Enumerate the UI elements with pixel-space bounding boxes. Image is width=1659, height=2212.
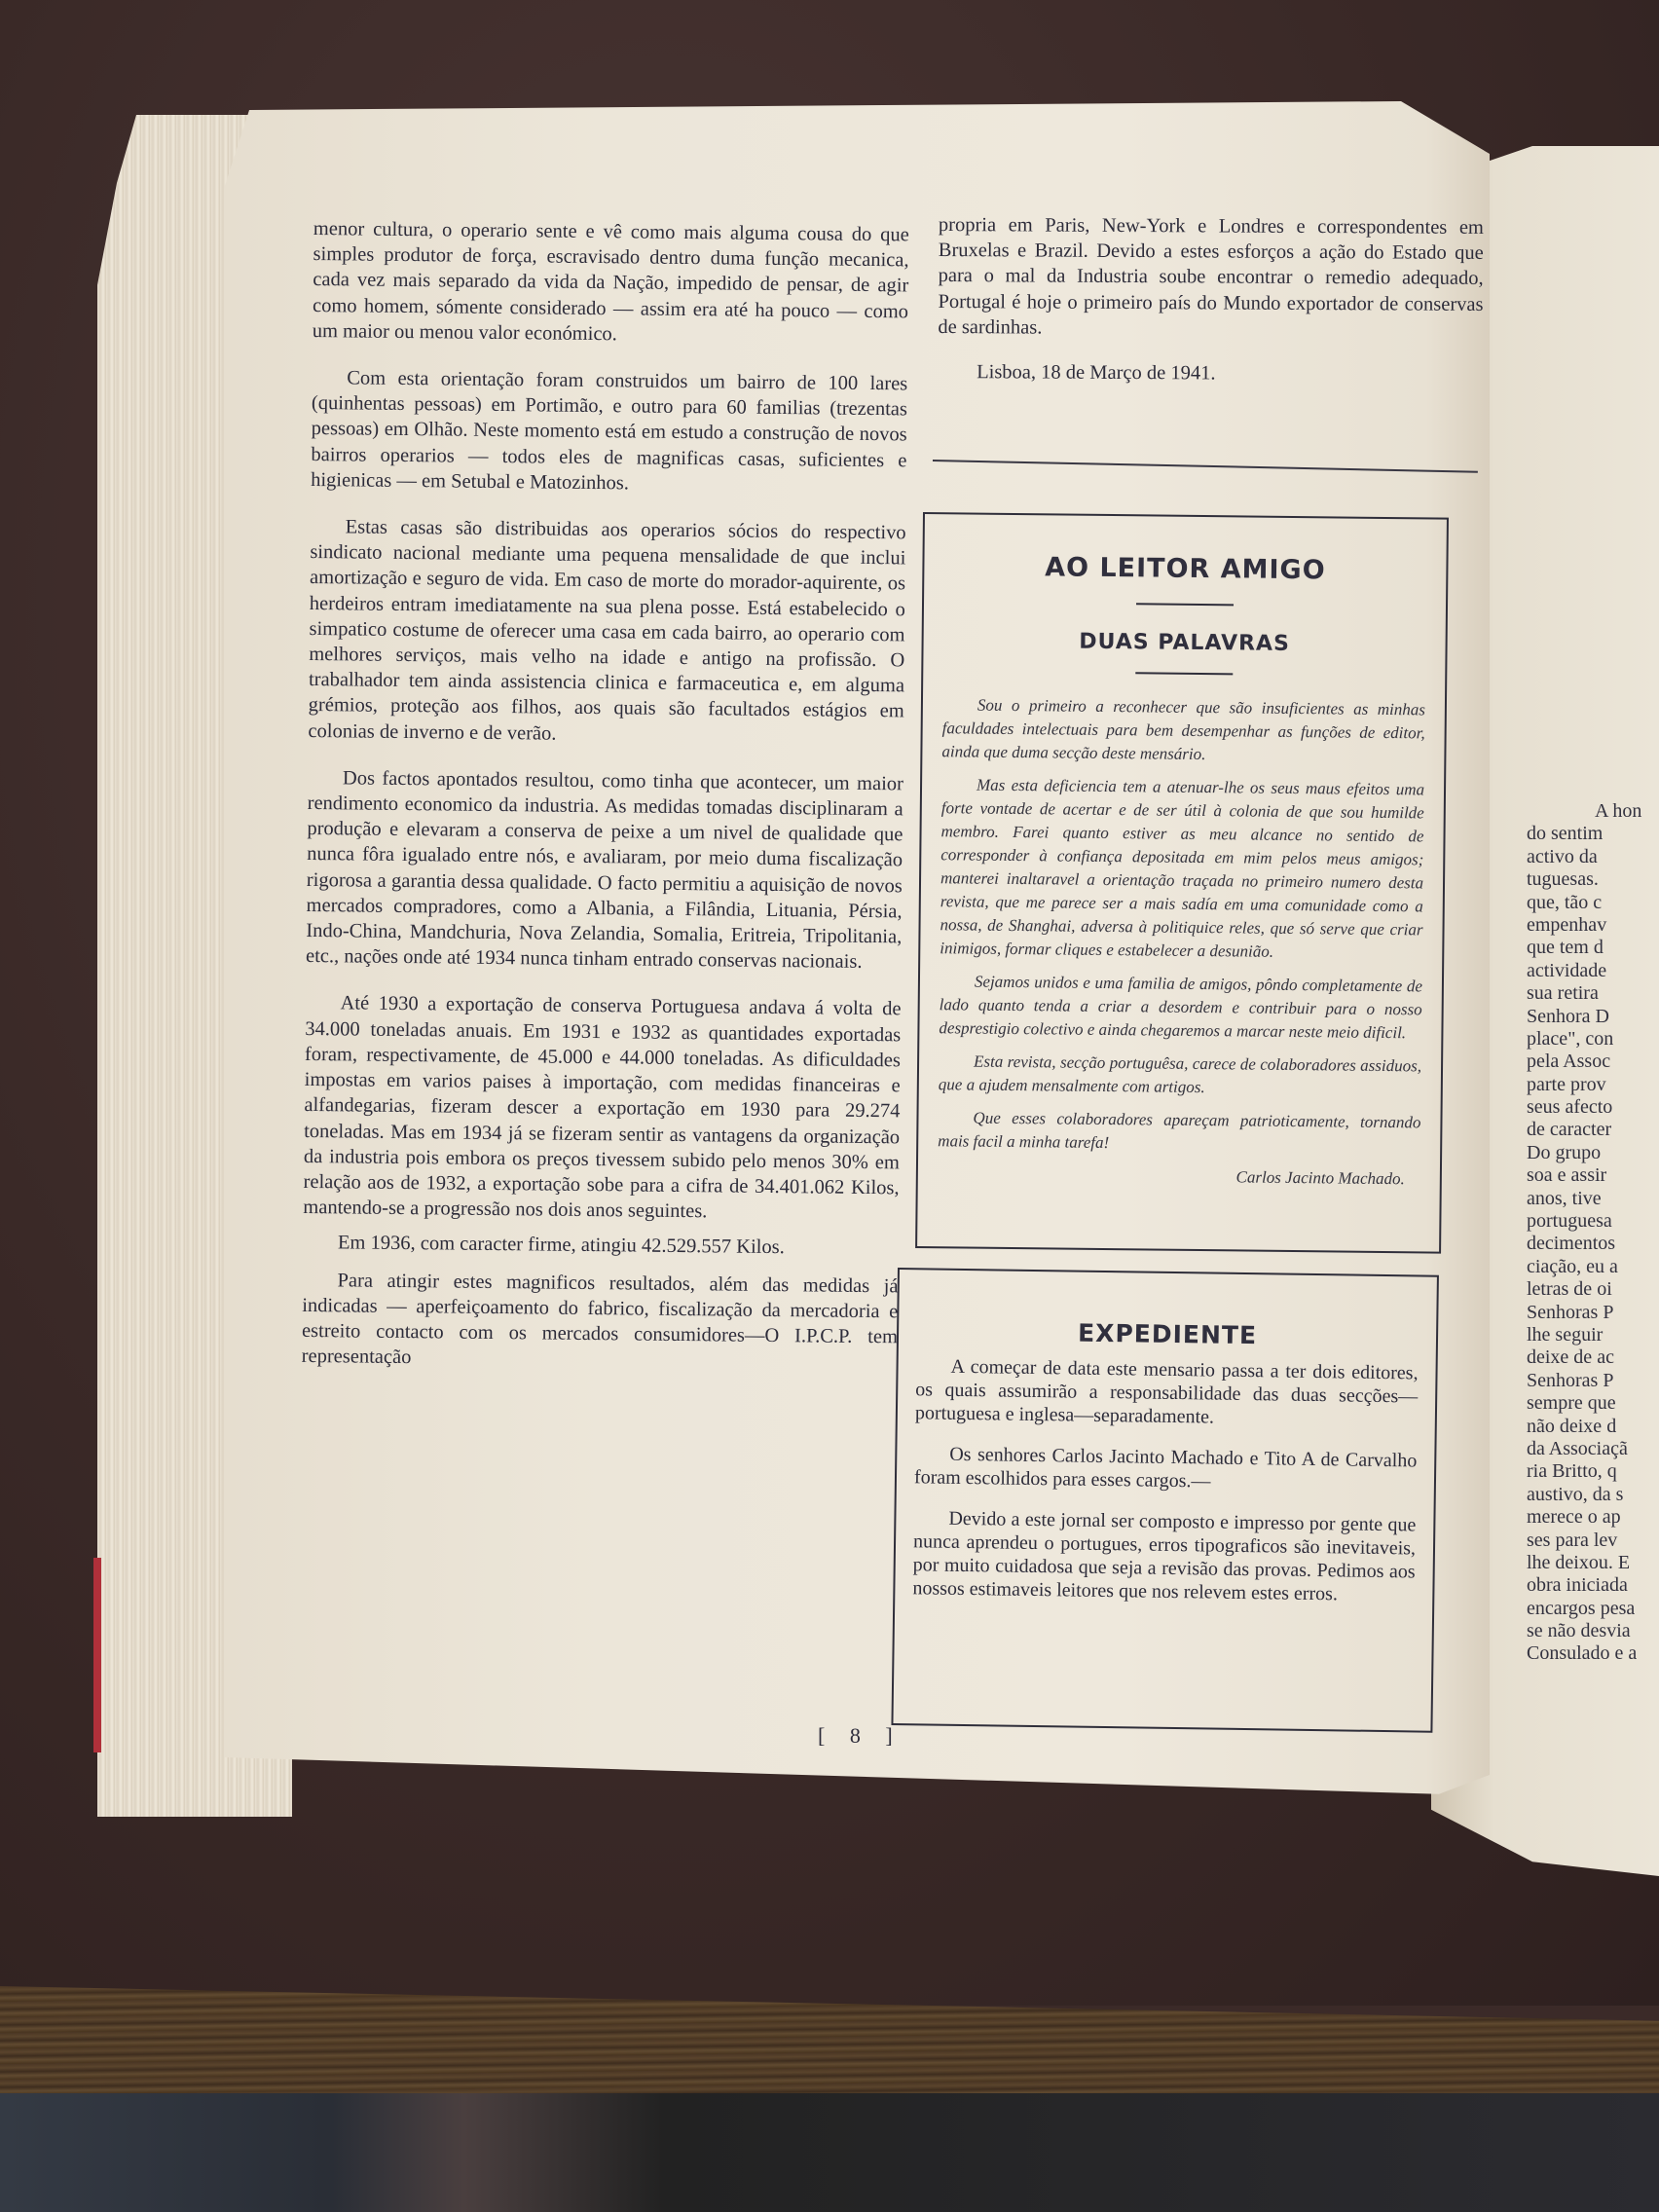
paragraph: Mas esta deficiencia tem a atenuar-lhe o… — [940, 773, 1424, 965]
facing-line: place", con — [1527, 1028, 1659, 1051]
paragraph: Que esses colaboradores apareçam patriot… — [938, 1106, 1420, 1158]
facing-line: merece o ap — [1527, 1506, 1659, 1529]
facing-line: decimentos — [1527, 1233, 1659, 1255]
facing-line: Senhoras P — [1527, 1302, 1659, 1324]
facing-line: Senhora D — [1527, 1006, 1659, 1028]
paragraph: Sejamos unidos e uma familia de amigos, … — [939, 970, 1422, 1045]
facing-line: não deixe d — [1527, 1416, 1659, 1438]
box-body: A começar de data este mensario passa a … — [912, 1354, 1418, 1606]
paragraph: Dos factos apontados resultou, como tinh… — [306, 765, 903, 976]
signature: Carlos Jacinto Machado. — [938, 1162, 1420, 1191]
facing-line: lhe deixou. E — [1527, 1552, 1659, 1574]
paragraph: Esta revista, secção portuguêsa, carece … — [939, 1050, 1421, 1101]
facing-line: que, tão c — [1527, 892, 1659, 914]
facing-line: soa e assir — [1527, 1164, 1659, 1187]
facing-line: actividade — [1527, 960, 1659, 982]
facing-line: anos, tive — [1527, 1188, 1659, 1210]
box-title: EXPEDIENTE — [916, 1316, 1419, 1351]
facing-line: de caracter — [1527, 1119, 1659, 1141]
paragraph: Os senhores Carlos Jacinto Machado e Tit… — [914, 1442, 1418, 1495]
paragraph: Devido a este jornal ser composto e impr… — [912, 1506, 1416, 1606]
facing-line: encargos pesa — [1527, 1598, 1659, 1620]
facing-line: portuguesa — [1527, 1210, 1659, 1233]
box-title: AO LEITOR AMIGO — [943, 551, 1426, 586]
paragraph-continuation: propria em Paris, New-York e Londres e c… — [938, 212, 1484, 343]
paragraph: Em 1936, com caracter firme, atingiu 42.… — [303, 1230, 899, 1262]
paragraph: menor cultura, o operario sente e vê com… — [313, 216, 909, 350]
right-column: propria em Paris, New-York e Londres e c… — [938, 212, 1484, 387]
facing-line: ria Britto, q — [1527, 1460, 1659, 1483]
facing-line: se não desvia — [1527, 1620, 1659, 1642]
facing-line: parte prov — [1527, 1074, 1659, 1096]
box-subtitle: DUAS PALAVRAS — [942, 628, 1425, 657]
facing-line: da Associaçã — [1527, 1438, 1659, 1460]
ao-leitor-amigo-box: AO LEITOR AMIGO DUAS PALAVRAS Sou o prim… — [915, 512, 1449, 1254]
facing-line: Senhoras P — [1527, 1370, 1659, 1392]
facing-page-text: A hon do sentim activo da tuguesas. que,… — [1527, 800, 1659, 1666]
paragraph: Até 1930 a exportação de conserva Portug… — [303, 990, 901, 1226]
red-page-edge — [93, 1558, 101, 1752]
floor-background — [0, 2093, 1659, 2212]
box-body: Sou o primeiro a reconhecer que são insu… — [938, 693, 1425, 1191]
facing-line: obra iniciada — [1527, 1574, 1659, 1597]
facing-line: lhe seguir — [1527, 1324, 1659, 1346]
facing-line: deixe de ac — [1527, 1346, 1659, 1369]
dateline: Lisboa, 18 de Março de 1941. — [938, 359, 1483, 387]
facing-line: tuguesas. — [1527, 868, 1659, 891]
facing-line: Consulado e a — [1527, 1642, 1659, 1665]
facing-line: ses para lev — [1527, 1530, 1659, 1552]
paragraph: Estas casas são distribuidas aos operari… — [308, 514, 905, 750]
facing-line: austivo, da s — [1527, 1484, 1659, 1506]
facing-line: activo da — [1527, 846, 1659, 868]
page-number: [ 8 ] — [818, 1723, 903, 1749]
facing-line: seus afecto — [1527, 1096, 1659, 1119]
facing-line: Do grupo — [1527, 1142, 1659, 1164]
facing-line: que tem d — [1527, 937, 1659, 959]
paragraph: Para atingir estes magnificos resultados… — [302, 1267, 899, 1375]
paragraph: A começar de data este mensario passa a … — [915, 1354, 1419, 1431]
facing-line: pela Assoc — [1527, 1051, 1659, 1073]
title-rule — [1136, 603, 1234, 606]
facing-line: letras de oi — [1527, 1278, 1659, 1301]
expediente-box: EXPEDIENTE A começar de data este mensar… — [891, 1268, 1439, 1733]
facing-line: empenhav — [1527, 914, 1659, 937]
facing-line: A hon — [1527, 800, 1659, 823]
paragraph: Sou o primeiro a reconhecer que são insu… — [941, 693, 1425, 768]
left-column: menor cultura, o operario sente e vê com… — [301, 216, 909, 1397]
facing-line: sua retira — [1527, 982, 1659, 1005]
facing-line: sempre que — [1527, 1392, 1659, 1415]
subtitle-rule — [1135, 672, 1233, 675]
facing-line: do sentim — [1527, 823, 1659, 845]
paragraph: Com esta orientação foram construidos um… — [311, 365, 907, 498]
facing-line: ciação, eu a — [1527, 1256, 1659, 1278]
